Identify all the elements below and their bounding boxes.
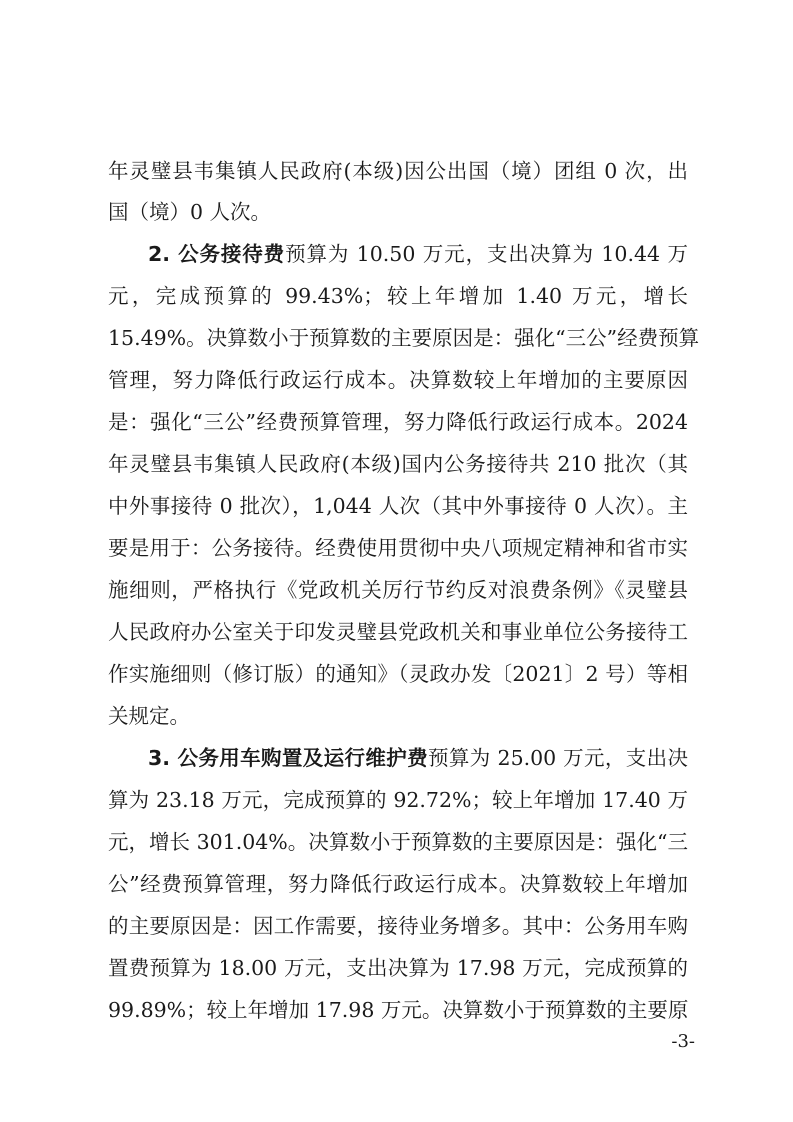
paragraph-line: 年灵璧县韦集镇人民政府(本级)国内公务接待共 210 批次（其	[108, 451, 688, 477]
paragraph-line: 公”经费预算管理，努力降低行政运行成本。决算数较上年增加	[108, 871, 688, 897]
section-heading-reception: 2. 公务接待费	[148, 242, 285, 266]
paragraph-line: 要是用于：公务接待。经费使用贯彻中央八项规定精神和省市实	[108, 535, 688, 561]
paragraph-text: 预算为 25.00 万元，支出决	[428, 746, 688, 770]
paragraph-line: 人民政府办公室关于印发灵璧县党政机关和事业单位公务接待工	[108, 619, 688, 645]
paragraph-line: 是：强化“三公”经费预算管理，努力降低行政运行成本。2024	[108, 409, 688, 435]
page-number: -3-	[671, 1031, 695, 1052]
paragraph-line: 99.89%；较上年增加 17.98 万元。决算数小于预算数的主要原	[108, 997, 688, 1023]
document-page: 年灵璧县韦集镇人民政府(本级)因公出国（境）团组 0 次，出 国（境）0 人次。…	[0, 0, 793, 1122]
section-heading-line: 3. 公务用车购置及运行维护费预算为 25.00 万元，支出决	[148, 745, 688, 771]
paragraph-line: 元，完成预算的 99.43%；较上年增加 1.40 万元，增长	[108, 283, 688, 309]
paragraph-line: 国（境）0 人次。	[108, 199, 688, 225]
paragraph-line: 施细则，严格执行《党政机关厉行节约反对浪费条例》《灵璧县	[108, 577, 688, 603]
paragraph-line: 关规定。	[108, 703, 688, 729]
paragraph-line: 管理，努力降低行政运行成本。决算数较上年增加的主要原因	[108, 367, 688, 393]
paragraph-line: 年灵璧县韦集镇人民政府(本级)因公出国（境）团组 0 次，出	[108, 158, 688, 184]
paragraph-text: 预算为 10.50 万元，支出决算为 10.44 万	[285, 242, 688, 266]
paragraph-line: 置费预算为 18.00 万元，支出决算为 17.98 万元，完成预算的	[108, 955, 688, 981]
paragraph-line: 作实施细则（修订版）的通知》（灵政办发〔2021〕2 号）等相	[108, 661, 688, 687]
paragraph-line: 15.49%。决算数小于预算数的主要原因是：强化“三公”经费预算	[108, 325, 688, 351]
section-heading-line: 2. 公务接待费预算为 10.50 万元，支出决算为 10.44 万	[148, 241, 688, 267]
section-heading-vehicles: 3. 公务用车购置及运行维护费	[148, 746, 428, 770]
paragraph-line: 中外事接待 0 批次），1,044 人次（其中外事接待 0 人次）。主	[108, 493, 688, 519]
paragraph-line: 算为 23.18 万元，完成预算的 92.72%；较上年增加 17.40 万	[108, 787, 688, 813]
paragraph-line: 元，增长 301.04%。决算数小于预算数的主要原因是：强化“三	[108, 829, 688, 855]
paragraph-line: 的主要原因是：因工作需要，接待业务增多。其中：公务用车购	[108, 913, 688, 939]
